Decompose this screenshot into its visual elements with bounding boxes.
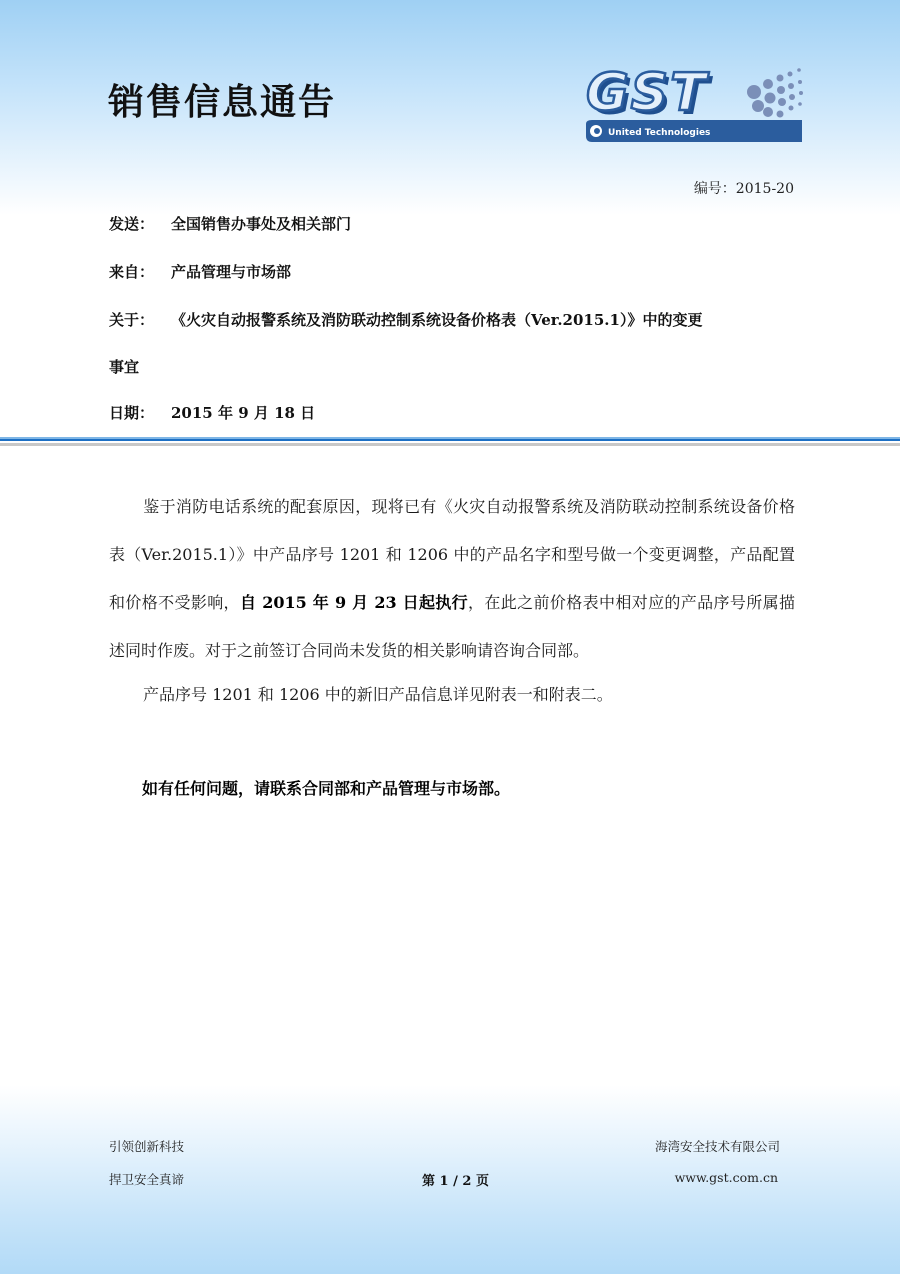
meta-subject-continued: 事宜 (109, 356, 139, 377)
meta-to-label: 发送： (109, 213, 171, 234)
effective-date-text: 自 2015 年 9 月 23 日起执行 (240, 593, 468, 612)
meta-subject-label: 关于： (109, 309, 171, 330)
closing-note: 如有任何问题，请联系合同部和产品管理与市场部。 (142, 776, 510, 799)
meta-from-value: 产品管理与市场部 (171, 263, 291, 281)
footer-slogan-1: 引领创新科技 (109, 1137, 184, 1155)
logo-tagline: United Technologies (608, 128, 710, 138)
page-number: 第 1 / 2 页 (422, 1170, 489, 1189)
meta-subject: 关于：《火灾自动报警系统及消防联动控制系统设备价格表（Ver.2015.1）》中… (109, 309, 702, 330)
logo-text: GST (586, 64, 709, 123)
meta-subject-value: 《火灾自动报警系统及消防联动控制系统设备价格表（Ver.2015.1）》中的变更 (171, 311, 702, 329)
body-paragraph-2: 产品序号 1201 和 1206 中的新旧产品信息详见附表一和附表二。 (109, 671, 795, 719)
paragraph-2-text: 产品序号 1201 和 1206 中的新旧产品信息详见附表一和附表二。 (143, 685, 613, 704)
meta-from-label: 来自： (109, 261, 171, 282)
meta-date: 日期：2015 年 9 月 18 日 (109, 402, 315, 423)
body-paragraph-1: 鉴于消防电话系统的配套原因，现将已有《火灾自动报警系统及消防联动控制系统设备价格… (109, 483, 795, 675)
meta-to: 发送：全国销售办事处及相关部门 (109, 213, 351, 234)
meta-to-value: 全国销售办事处及相关部门 (171, 215, 351, 233)
gst-logo: GST GST United Technologies (582, 64, 804, 144)
meta-date-value: 2015 年 9 月 18 日 (171, 404, 315, 422)
footer-company: 海湾安全技术有限公司 (655, 1137, 780, 1155)
document-title: 销售信息通告 (108, 74, 336, 125)
header-divider (0, 437, 900, 447)
document-number: 编号：2015-20 (694, 178, 794, 198)
meta-date-label: 日期： (109, 402, 171, 423)
footer-slogan-2: 捍卫安全真谛 (109, 1170, 184, 1188)
footer-website[interactable]: www.gst.com.cn (675, 1170, 778, 1185)
meta-from: 来自：产品管理与市场部 (109, 261, 291, 282)
